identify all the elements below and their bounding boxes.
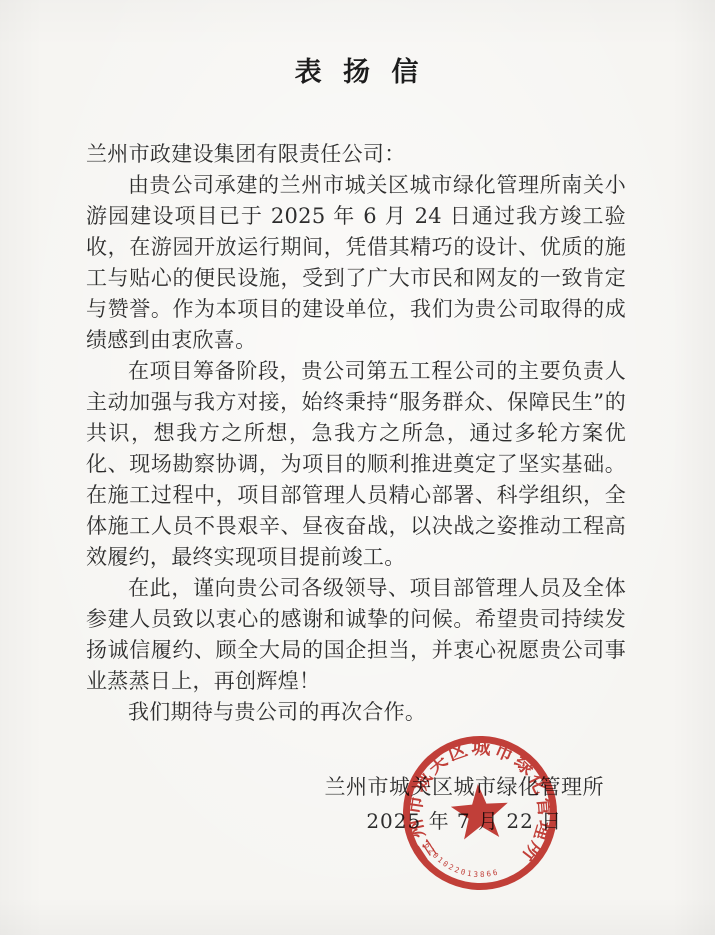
paragraph-3: 在此，谨向贵公司各级领导、项目部管理人员及全体参建人员致以衷心的感谢和诚挚的问候… <box>86 573 626 697</box>
letter-page: 表 扬 信 兰州市政建设集团有限责任公司： 由贵公司承建的兰州市城关区城市绿化管… <box>0 0 715 935</box>
paragraph-2: 在项目筹备阶段，贵公司第五工程公司的主要负责人主动加强与我方对接，始终秉持“服务… <box>86 356 626 573</box>
seal-serial-number: 6201022013866 <box>422 841 502 880</box>
paragraph-4: 我们期待与贵公司的再次合作。 <box>86 697 626 728</box>
letter-title: 表 扬 信 <box>0 0 715 92</box>
signature-date: 2025 年 7 月 22 日 <box>325 806 605 836</box>
paragraph-1: 由贵公司承建的兰州市城关区城市绿化管理所南关小游园建设项目已于 2025 年 6… <box>86 170 626 356</box>
signature-org: 兰州市城关区城市绿化管理所 <box>325 772 605 803</box>
signature-block: 兰州市城关区城市绿化管理所 2025 年 7 月 22 日 <box>325 772 605 836</box>
letter-body: 兰州市政建设集团有限责任公司： 由贵公司承建的兰州市城关区城市绿化管理所南关小游… <box>86 139 626 836</box>
salutation: 兰州市政建设集团有限责任公司： <box>86 139 626 170</box>
